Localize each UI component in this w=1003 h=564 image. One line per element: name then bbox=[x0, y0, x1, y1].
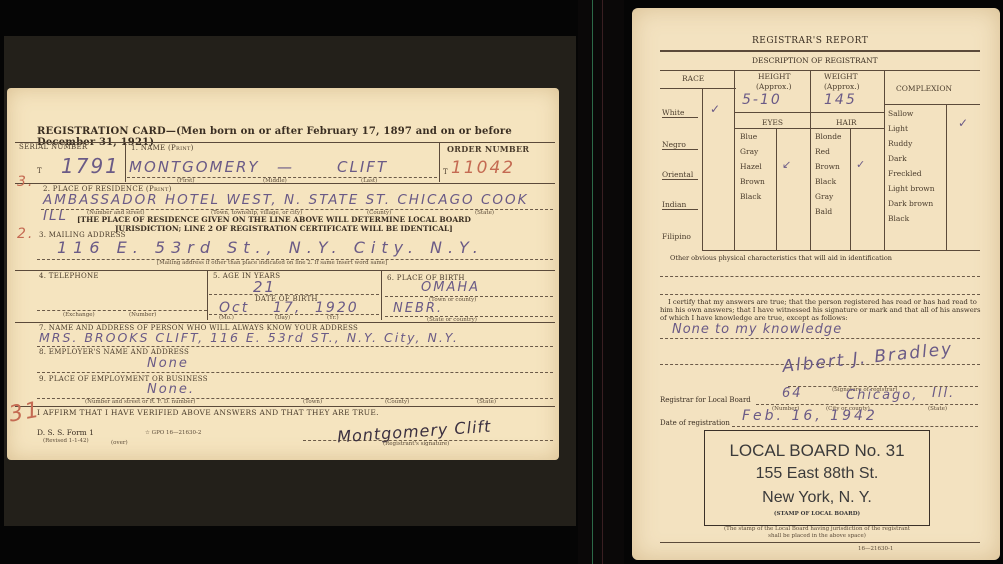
eyes-blue: Blue bbox=[740, 132, 757, 141]
race-header: RACE bbox=[682, 74, 704, 83]
complexion-header: COMPLEXION bbox=[896, 84, 952, 93]
serial-prefix: T bbox=[37, 167, 42, 175]
other-characteristics-label: Other obvious physical characteristics t… bbox=[670, 254, 892, 262]
eyes-header: EYES bbox=[762, 118, 783, 127]
race-indian: Indian bbox=[662, 200, 698, 210]
eyes-gray: Gray bbox=[740, 147, 758, 156]
hair-bald: Bald bbox=[815, 207, 832, 216]
complexion-light-check: ✓ bbox=[958, 116, 968, 130]
caption-rfd: (Number and street or R. F. D. number) bbox=[85, 399, 195, 405]
mailing-value: 116 E. 53rd St., N.Y. City. N.Y. bbox=[57, 238, 484, 257]
caption-state: (State) bbox=[475, 210, 494, 216]
stamp-line-1: LOCAL BOARD No. 31 bbox=[705, 441, 929, 461]
race-white-check: ✓ bbox=[710, 102, 720, 116]
caption-day: (Day) bbox=[275, 315, 290, 321]
name-label: 1. NAME (Print) bbox=[131, 144, 194, 152]
complexion-light-brown: Light brown bbox=[888, 184, 935, 193]
date-value: Feb. 16, 1942 bbox=[742, 408, 878, 424]
stamp-line-2: 155 East 88th St. bbox=[705, 465, 929, 483]
form-revised: (Revised 1-1-42) bbox=[43, 438, 89, 444]
birthplace-state: NEBR. bbox=[393, 301, 443, 316]
hair-red: Red bbox=[815, 147, 830, 156]
name-last-value: CLIFT bbox=[337, 158, 388, 176]
registrar-board-number: 64 bbox=[782, 386, 803, 401]
caption-board-state: (State) bbox=[928, 406, 947, 412]
scan-divider bbox=[578, 0, 624, 564]
registration-card-front: REGISTRATION CARD—(Men born on or after … bbox=[7, 88, 559, 460]
exceptions-value: None to my knowledge bbox=[672, 322, 842, 337]
stamp-note-1: (The stamp of the Local Board having jur… bbox=[706, 526, 928, 532]
name-middle-value: — bbox=[277, 158, 294, 176]
eyes-hazel-check: ↙ bbox=[782, 158, 791, 171]
jurisdiction-note-2: JURISDICTION; LINE 2 OF REGISTRATION CER… bbox=[115, 224, 453, 233]
height-header: HEIGHT bbox=[758, 72, 791, 81]
weight-sub: (Approx.) bbox=[824, 82, 860, 91]
complexion-dark-brown: Dark brown bbox=[888, 199, 933, 208]
hair-header: HAIR bbox=[836, 118, 857, 127]
serial-number-label: SERIAL NUMBER bbox=[19, 143, 88, 151]
report-subtitle: DESCRIPTION OF REGISTRANT bbox=[752, 56, 878, 65]
affirmation: I AFFIRM THAT I HAVE VERIFIED ABOVE ANSW… bbox=[37, 408, 379, 417]
margin-note-31: 31 bbox=[7, 397, 43, 427]
name-first-value: MONTGOMERY bbox=[129, 158, 260, 176]
race-negro: Negro bbox=[662, 140, 698, 150]
date-label: Date of registration bbox=[660, 419, 730, 427]
complexion-ruddy: Ruddy bbox=[888, 139, 912, 148]
serial-number-value: 1791 bbox=[61, 154, 120, 178]
complexion-light: Light bbox=[888, 124, 908, 133]
weight-header: WEIGHT bbox=[824, 72, 858, 81]
race-white: White bbox=[662, 108, 698, 118]
signature-caption: (Registrant's signature) bbox=[383, 441, 449, 447]
race-oriental: Oriental bbox=[662, 170, 698, 180]
form-id: D. S. S. Form 1 bbox=[37, 428, 94, 437]
employer-label: 8. EMPLOYER'S NAME AND ADDRESS bbox=[39, 348, 189, 356]
caption-emp-town: (Town) bbox=[303, 399, 322, 405]
hair-gray: Gray bbox=[815, 192, 833, 201]
telephone-label: 4. TELEPHONE bbox=[39, 272, 99, 280]
caption-exchange: (Exchange) bbox=[63, 312, 95, 318]
gpo-code: ☆ GPO 16—21630-2 bbox=[145, 430, 201, 436]
contact-value: MRS. BROOKS CLIFT, 116 E. 53rd ST., N.Y.… bbox=[39, 330, 459, 345]
caption-number: (Number) bbox=[129, 312, 156, 318]
hair-brown-check: ✓ bbox=[856, 158, 865, 171]
hair-black: Black bbox=[815, 177, 836, 186]
margin-note-3: 3. bbox=[17, 174, 34, 190]
hair-brown: Brown bbox=[815, 162, 840, 171]
order-number-label: ORDER NUMBER bbox=[447, 144, 529, 154]
height-value: 5-10 bbox=[742, 92, 782, 108]
complexion-black: Black bbox=[888, 214, 909, 223]
order-number-value: 11042 bbox=[451, 158, 515, 178]
margin-note-2: 2. bbox=[17, 226, 34, 242]
registrars-report-back: REGISTRAR'S REPORT DESCRIPTION OF REGIST… bbox=[632, 8, 1000, 560]
complexion-freckled: Freckled bbox=[888, 169, 922, 178]
caption-emp-county: (County) bbox=[385, 399, 409, 405]
local-board-stamp: LOCAL BOARD No. 31 155 East 88th St. New… bbox=[704, 430, 930, 526]
complexion-dark: Dark bbox=[888, 154, 907, 163]
eyes-brown: Brown bbox=[740, 177, 765, 186]
back-form-code: 16—21630-1 bbox=[858, 546, 893, 552]
caption-mo: (Mo.) bbox=[219, 315, 234, 321]
stamp-caption: (STAMP OF LOCAL BOARD) bbox=[705, 511, 929, 517]
complexion-sallow: Sallow bbox=[888, 109, 913, 118]
height-sub: (Approx.) bbox=[756, 82, 792, 91]
mailing-caption: [Mailing address if other than place ind… bbox=[157, 260, 387, 266]
stamp-note-2: shall be placed in the above space) bbox=[706, 533, 928, 539]
registrar-signature: Albert J. Bradley bbox=[781, 339, 954, 377]
birthplace-town: OMAHA bbox=[421, 280, 480, 295]
registrar-board-city: Chicago, bbox=[846, 388, 918, 403]
weight-value: 145 bbox=[824, 92, 857, 108]
certify-text: I certify that my answers are true; that… bbox=[660, 298, 982, 322]
jurisdiction-note-1: [THE PLACE OF RESIDENCE GIVEN ON THE LIN… bbox=[77, 215, 471, 224]
eyes-hazel: Hazel bbox=[740, 162, 762, 171]
registrar-board-label: Registrar for Local Board bbox=[660, 396, 751, 404]
caption-yr: (Yr.) bbox=[327, 315, 339, 321]
over-note: (over) bbox=[111, 440, 128, 446]
hair-blonde: Blonde bbox=[815, 132, 842, 141]
stamp-line-3: New York, N. Y. bbox=[705, 489, 929, 507]
order-prefix: T bbox=[443, 168, 448, 176]
caption-emp-state: (State) bbox=[477, 399, 496, 405]
employment-place-value: None. bbox=[147, 382, 195, 397]
registrar-board-state: Ill. bbox=[932, 386, 955, 401]
race-filipino: Filipino bbox=[662, 232, 691, 241]
eyes-black: Black bbox=[740, 192, 761, 201]
employer-value: None bbox=[147, 356, 189, 371]
report-title: REGISTRAR'S REPORT bbox=[752, 36, 868, 46]
